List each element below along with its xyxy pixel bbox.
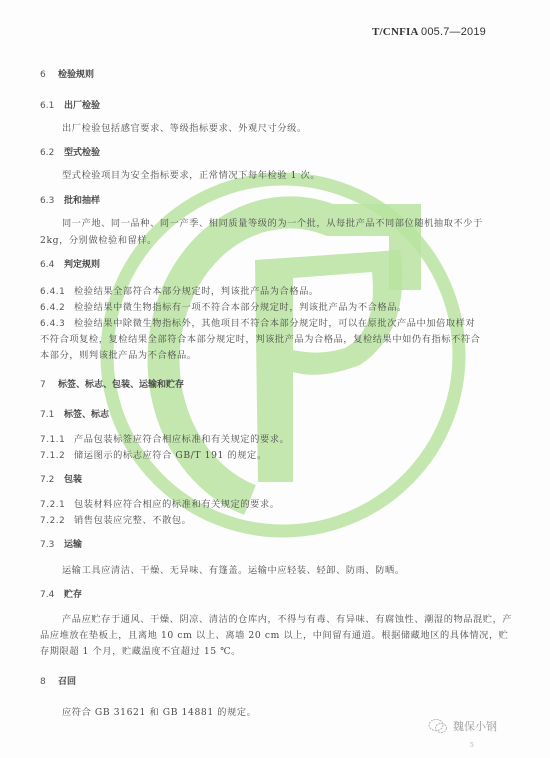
clause-text: 检验结果中除微生物指标外，其他项目不符合本部分规定时，可以在原批次产品中加倍取样… — [74, 318, 475, 329]
standard-prefix: T/CNFIA — [372, 26, 418, 38]
section-6-3-body-line-1: 同一产地、同一品种、同一产季、相同质量等级的为一个批，从每批产品不同部位随机抽取… — [62, 218, 483, 230]
document-page: T/CNFIA 005.7—2019 6检验规则 6.1出厂检验 出厂检验包括感… — [0, 0, 550, 758]
clause-number: 6.4.3 — [40, 318, 74, 330]
clause-7-2-1: 7.2.1包装材料应符合相应的标准和有关规定的要求。 — [40, 499, 280, 511]
section-6-3-heading: 6.3批和抽样 — [40, 195, 100, 207]
clause-text: 销售包装应完整、不散包。 — [74, 515, 191, 526]
section-7-3-heading: 7.3运输 — [40, 539, 82, 551]
section-6-4-heading: 6.4判定规则 — [40, 259, 100, 271]
clause-6-4-3: 6.4.3检验结果中除微生物指标外，其他项目不符合本部分规定时，可以在原批次产品… — [40, 318, 475, 330]
section-number: 6.1 — [40, 100, 64, 112]
clause-text: 检验结果全部符合本部分规定时，判该批产品为合格品。 — [74, 286, 319, 297]
clause-number: 6.4.2 — [40, 302, 74, 314]
section-6-heading: 6检验规则 — [40, 69, 94, 81]
section-title: 检验规则 — [58, 70, 94, 80]
clause-6-4-1: 6.4.1检验结果全部符合本部分规定时，判该批产品为合格品。 — [40, 286, 319, 298]
section-title: 出厂检验 — [64, 101, 100, 111]
page-number: 5 — [470, 742, 474, 749]
clause-text: 检验结果中微生物指标有一项不符合本部分规定时，判该批产品为不合格品。 — [74, 302, 407, 313]
section-6-3-body-line-2: 2kg，分别做检验和留样。 — [40, 235, 157, 247]
clause-text: 储运图示的标志应符合 GB/T 191 的规定。 — [74, 450, 267, 461]
section-number: 6 — [40, 69, 58, 81]
section-number: 7.2 — [40, 474, 64, 486]
clause-6-4-3-line-3: 本部分，则判该批产品为不合格品。 — [40, 350, 197, 362]
section-6-1-body: 出厂检验包括感官要求、等级指标要求、外观尺寸分级。 — [62, 123, 307, 135]
section-7-4-body-line-2: 品应堆放在垫板上，且离地 10 cm 以上、离墙 20 cm 以上，中间留有通道… — [40, 630, 509, 642]
section-number: 6.4 — [40, 259, 64, 271]
section-6-2-heading: 6.2型式检验 — [40, 147, 100, 159]
section-number: 7.1 — [40, 409, 64, 421]
wechat-icon — [428, 718, 448, 734]
section-7-4-heading: 7.4贮存 — [40, 589, 82, 601]
section-number: 8 — [40, 676, 58, 688]
section-7-1-heading: 7.1标签、标志 — [40, 409, 109, 421]
section-7-3-body: 运输工具应清洁、干燥、无异味、有篷盖。运输中应轻装、轻卸、防雨、防晒。 — [62, 565, 405, 577]
section-title: 召回 — [58, 677, 76, 687]
section-6-1-heading: 6.1出厂检验 — [40, 100, 100, 112]
section-title: 型式检验 — [64, 148, 100, 158]
section-7-heading: 7标签、标志、包装、运输和贮存 — [40, 379, 184, 391]
section-title: 包装 — [64, 475, 82, 485]
section-number: 7 — [40, 379, 58, 391]
section-number: 6.3 — [40, 195, 64, 207]
section-number: 7.4 — [40, 589, 64, 601]
clause-number: 6.4.1 — [40, 286, 74, 298]
section-number: 6.2 — [40, 147, 64, 159]
section-title: 贮存 — [64, 590, 82, 600]
clause-number: 7.1.1 — [40, 434, 74, 446]
clause-text: 产品包装标签应符合相应标准和有关规定的要求。 — [74, 434, 289, 445]
clause-6-4-2: 6.4.2检验结果中微生物指标有一项不符合本部分规定时，判该批产品为不合格品。 — [40, 302, 407, 314]
section-title: 判定规则 — [64, 260, 100, 270]
section-8-heading: 8召回 — [40, 676, 76, 688]
section-6-2-body: 型式检验项目为安全指标要求，正常情况下每年检验 1 次。 — [62, 170, 320, 182]
section-title: 标签、标志 — [64, 410, 109, 420]
clause-number: 7.2.1 — [40, 499, 74, 511]
wechat-account-name: 魏保小钢 — [453, 718, 497, 734]
standard-code: T/CNFIA 005.7—2019 — [372, 26, 486, 38]
section-7-4-body-line-3: 存期限超 1 个月，贮藏温度不宜超过 15 ℃。 — [40, 646, 241, 658]
section-7-4-body-line-1: 产品应贮存于通风、干燥、阴凉、清洁的仓库内，不得与有毒、有异味、有腐蚀性、潮湿的… — [62, 614, 512, 626]
clause-text: 包装材料应符合相应的标准和有关规定的要求。 — [74, 499, 280, 510]
clause-number: 7.1.2 — [40, 450, 74, 462]
clause-6-4-3-line-2: 不符合项复检，复检结果全部符合本部分规定时，判该批产品为合格品，复检结果中如仍有… — [40, 334, 480, 346]
section-title: 标签、标志、包装、运输和贮存 — [58, 380, 184, 390]
section-number: 7.3 — [40, 539, 64, 551]
clause-number: 7.2.2 — [40, 515, 74, 527]
clause-7-2-2: 7.2.2销售包装应完整、不散包。 — [40, 515, 191, 527]
section-8-body: 应符合 GB 31621 和 GB 14881 的规定。 — [62, 707, 256, 719]
standard-number: 005.7—2019 — [421, 26, 486, 38]
wechat-watermark: 魏保小钢 — [428, 718, 497, 734]
clause-7-1-1: 7.1.1产品包装标签应符合相应标准和有关规定的要求。 — [40, 434, 289, 446]
section-title: 批和抽样 — [64, 196, 100, 206]
section-title: 运输 — [64, 540, 82, 550]
section-7-2-heading: 7.2包装 — [40, 474, 82, 486]
clause-7-1-2: 7.1.2储运图示的标志应符合 GB/T 191 的规定。 — [40, 450, 267, 462]
